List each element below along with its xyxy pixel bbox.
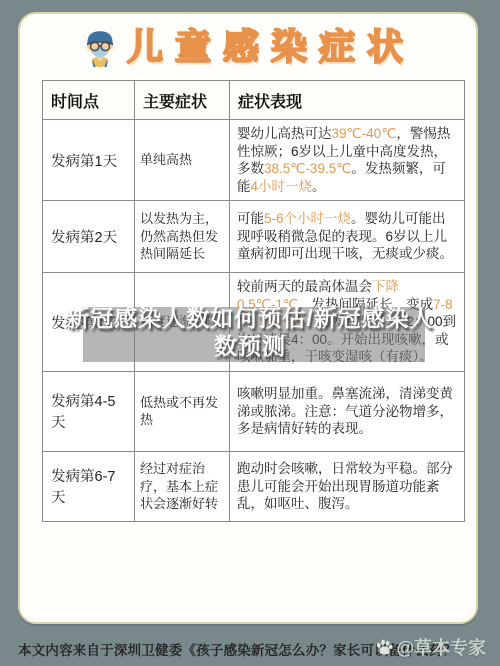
highlighted-text: 39℃-40℃ [332, 126, 397, 141]
table-row: 发病第2天以发热为主，仍然高热但发热间隔延长可能5-6个小时一烧。婴幼儿可能出现… [43, 201, 465, 273]
account-name: @草本专家 [396, 634, 486, 660]
symptom-detail-cell: 跑动时会咳嗽，日常较为平稳。部分患儿可能会开始出现胃肠道功能紊乱，如呕吐、腹泻。 [230, 451, 465, 521]
doctor-kid-icon [81, 27, 119, 67]
table-row: 发病第6-7天经过对症治疗，基本上症状会逐渐好转跑动时会咳嗽，日常较为平稳。部分… [43, 451, 465, 521]
time-cell: 发病第6-7天 [43, 451, 135, 521]
table-row: 发病第4-5天低热或不再发热咳嗽明显加重。鼻塞流涕，清涕变黄涕或脓涕。注意：气道… [43, 371, 465, 451]
highlighted-text: 4小时一烧 [251, 179, 313, 194]
highlighted-text: 38.5℃-39.5℃ [264, 161, 351, 176]
time-cell: 发病第2天 [43, 201, 135, 273]
main-symptom-cell: 低热或不再发热 [135, 371, 230, 451]
highlighted-text: 5-6个小时一烧 [264, 211, 351, 226]
main-symptom-cell: 单纯高热 [135, 120, 230, 201]
paw-icon [375, 638, 394, 657]
account-watermark: @草本专家 [375, 634, 486, 660]
symptom-detail-cell: 咳嗽明显加重。鼻塞流涕，清涕变黄涕或脓涕。注意：气道分泌物增多，多是病情好转的表… [230, 371, 465, 451]
title-row: 儿童感染症状 [20, 27, 476, 67]
table-header-row: 时间点 主要症状 症状表现 [43, 81, 465, 120]
header-symptom-detail: 症状表现 [230, 81, 465, 120]
time-cell: 发病第1天 [43, 120, 135, 201]
header-main-symptom: 主要症状 [135, 81, 230, 120]
symptom-detail-cell: 婴幼儿高热可达39℃-40℃，警惕热性惊厥；6岁以上儿童中高度发热，多数38.5… [230, 120, 465, 201]
symptom-table: 时间点 主要症状 症状表现 发病第1天单纯高热婴幼儿高热可达39℃-40℃，警惕… [42, 80, 465, 522]
watermark-line-2: 数预测 [0, 332, 500, 360]
main-symptom-cell: 经过对症治疗，基本上症状会逐渐好转 [135, 451, 230, 521]
page-title: 儿童感染症状 [127, 29, 415, 65]
header-time: 时间点 [43, 81, 135, 120]
table-row: 发病第1天单纯高热婴幼儿高热可达39℃-40℃，警惕热性惊厥；6岁以上儿童中高度… [43, 120, 465, 201]
time-cell: 发病第4-5天 [43, 371, 135, 451]
watermark-overlay: 新冠感染人数如何预估/新冠感染人 数预测 [0, 304, 500, 360]
infographic-page: 儿童感染症状 时间点 主要症状 症状表现 发病第1天单纯高热婴幼儿高热可达39℃… [0, 0, 500, 666]
main-symptom-cell: 以发热为主，仍然高热但发热间隔延长 [135, 201, 230, 273]
symptom-detail-cell: 可能5-6个小时一烧。婴幼儿可能出现呼吸稍微急促的表现。6岁以上儿童病初即可出现… [230, 201, 465, 273]
watermark-line-1: 新冠感染人数如何预估/新冠感染人 [0, 304, 500, 332]
